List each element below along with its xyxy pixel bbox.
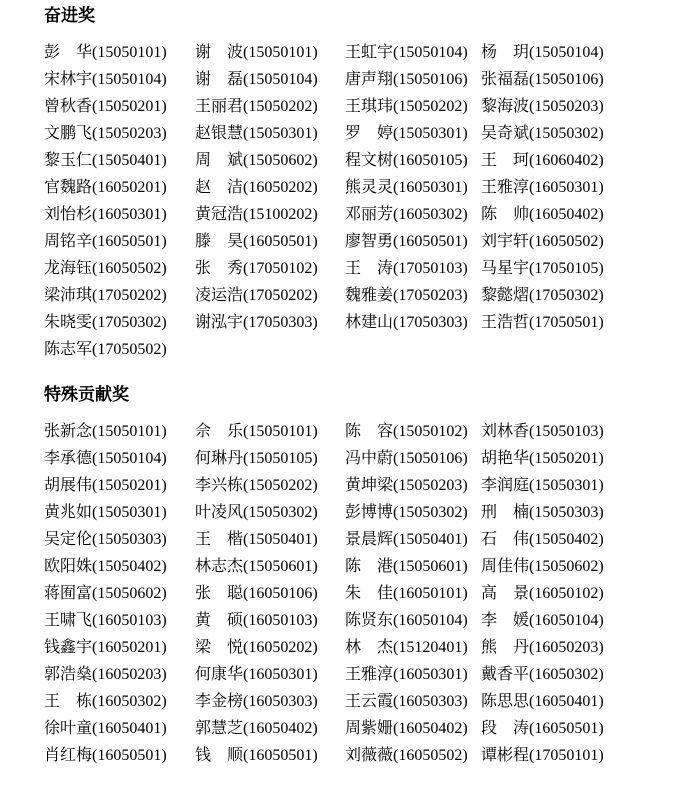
award-section-fenjin: 奋进奖 彭 华(15050101)谢 波(15050101)王虹宇(150501… — [44, 6, 685, 363]
award-entry: 戴香平(16050302) — [481, 661, 604, 688]
award-entry: 王 楷(15050401) — [195, 526, 345, 553]
award-row: 钱鑫宇(16050201)梁 悦(16050202)林 杰(15120401)熊… — [44, 634, 685, 661]
award-entry: 冯中蔚(15050106) — [345, 445, 481, 472]
award-entry: 王啸飞(16050103) — [44, 607, 195, 634]
award-row: 郭浩燊(16050203)何康华(16050301)王雅淳(16050301)戴… — [44, 661, 685, 688]
award-entry: 罗 婷(15050301) — [345, 120, 481, 147]
award-entry: 黄冠浩(15100202) — [195, 201, 345, 228]
award-entry: 朱晓雯(17050302) — [44, 309, 195, 336]
award-entry: 杨 玥(15050104) — [481, 39, 604, 66]
award-entry: 石 伟(15050402) — [481, 526, 604, 553]
award-entry: 林 杰(15120401) — [345, 634, 481, 661]
award-entry: 魏雅姜(17050203) — [345, 282, 481, 309]
award-entry: 熊 丹(16050203) — [481, 634, 604, 661]
award-entry: 郭慧芝(16050402) — [195, 715, 345, 742]
award-entry: 张新念(15050101) — [44, 418, 195, 445]
award-entry: 蒋囿富(15050602) — [44, 580, 195, 607]
award-entry: 曾秋香(15050201) — [44, 93, 195, 120]
award-entry: 黄坤梁(15050203) — [345, 472, 481, 499]
award-row: 李承德(15050104)何琳丹(15050105)冯中蔚(15050106)胡… — [44, 445, 685, 472]
award-list: 张新念(15050101)佘 乐(15050101)陈 容(15050102)刘… — [44, 418, 685, 769]
award-entry: 王 栋(16050302) — [44, 688, 195, 715]
award-entry: 景晨辉(15050401) — [345, 526, 481, 553]
award-entry: 欧阳姝(15050402) — [44, 553, 195, 580]
award-entry: 谭彬程(17050101) — [481, 742, 604, 769]
award-entry: 王丽君(15050202) — [195, 93, 345, 120]
award-row: 肖红梅(16050501)钱 顺(16050501)刘薇薇(16050502)谭… — [44, 742, 685, 769]
award-entry: 段 涛(16050501) — [481, 715, 604, 742]
award-entry: 王云霞(16050303) — [345, 688, 481, 715]
award-entry: 谢 磊(15050104) — [195, 66, 345, 93]
award-row: 陈志军(17050502) — [44, 336, 685, 363]
award-section-teshugongxian: 特殊贡献奖 张新念(15050101)佘 乐(15050101)陈 容(1505… — [44, 385, 685, 769]
award-entry: 胡艳华(15050201) — [481, 445, 604, 472]
award-entry: 赵 洁(16050202) — [195, 174, 345, 201]
award-entry: 马星宇(17050105) — [481, 255, 604, 282]
award-entry: 吴奇斌(15050302) — [481, 120, 604, 147]
award-entry: 王琪玮(15050202) — [345, 93, 481, 120]
award-entry: 王虹宇(15050104) — [345, 39, 481, 66]
award-entry: 吴定伦(15050303) — [44, 526, 195, 553]
award-entry: 谢 波(15050101) — [195, 39, 345, 66]
award-entry: 廖智勇(16050501) — [345, 228, 481, 255]
award-entry: 黎海波(15050203) — [481, 93, 604, 120]
award-entry: 周铭辛(16050501) — [44, 228, 195, 255]
award-entry: 黎懿熠(17050302) — [481, 282, 604, 309]
award-row: 刘怡杉(16050301)黄冠浩(15100202)邓丽芳(16050302)陈… — [44, 201, 685, 228]
award-row: 彭 华(15050101)谢 波(15050101)王虹宇(15050104)杨… — [44, 39, 685, 66]
award-entry: 叶凌风(15050302) — [195, 499, 345, 526]
award-entry: 王雅淳(16050301) — [481, 174, 604, 201]
award-entry: 李 媛(16050104) — [481, 607, 604, 634]
award-entry: 邓丽芳(16050302) — [345, 201, 481, 228]
award-entry: 何琳丹(15050105) — [195, 445, 345, 472]
award-entry: 高 景(16050102) — [481, 580, 604, 607]
award-row: 王 栋(16050302)李金榜(16050303)王云霞(16050303)陈… — [44, 688, 685, 715]
award-entry: 肖红梅(16050501) — [44, 742, 195, 769]
award-entry: 林志杰(15050601) — [195, 553, 345, 580]
award-row: 文鹏飞(15050203)赵银慧(15050301)罗 婷(15050301)吴… — [44, 120, 685, 147]
award-row: 胡展伟(15050201)李兴栋(15050202)黄坤梁(15050203)李… — [44, 472, 685, 499]
award-entry: 宋林宇(15050104) — [44, 66, 195, 93]
award-entry: 周紫姗(16050402) — [345, 715, 481, 742]
award-entry: 佘 乐(15050101) — [195, 418, 345, 445]
award-entry: 彭 华(15050101) — [44, 39, 195, 66]
award-entry: 文鹏飞(15050203) — [44, 120, 195, 147]
award-entry: 刘怡杉(16050301) — [44, 201, 195, 228]
award-entry: 刑 楠(15050303) — [481, 499, 604, 526]
award-row: 徐叶童(16050401)郭慧芝(16050402)周紫姗(16050402)段… — [44, 715, 685, 742]
award-row: 王啸飞(16050103)黄 硕(16050103)陈贤东(16050104)李… — [44, 607, 685, 634]
award-entry: 周 斌(15050602) — [195, 147, 345, 174]
award-list: 彭 华(15050101)谢 波(15050101)王虹宇(15050104)杨… — [44, 39, 685, 363]
award-row: 朱晓雯(17050302)谢泓宇(17050303)林建山(17050303)王… — [44, 309, 685, 336]
document-page: 奋进奖 彭 华(15050101)谢 波(15050101)王虹宇(150501… — [0, 0, 695, 795]
award-entry: 张 秀(17050102) — [195, 255, 345, 282]
award-entry: 陈 帅(16050402) — [481, 201, 604, 228]
award-entry: 王 涛(17050103) — [345, 255, 481, 282]
award-row: 梁沛琪(17050202)凌运浩(17050202)魏雅姜(17050203)黎… — [44, 282, 685, 309]
award-entry: 陈贤东(16050104) — [345, 607, 481, 634]
award-entry: 周佳伟(15050602) — [481, 553, 604, 580]
award-entry: 何康华(16050301) — [195, 661, 345, 688]
award-entry: 黄 硕(16050103) — [195, 607, 345, 634]
award-entry: 王 珂(16060402) — [481, 147, 604, 174]
award-row: 蒋囿富(15050602)张 聪(16050106)朱 佳(16050101)高… — [44, 580, 685, 607]
award-row: 吴定伦(15050303)王 楷(15050401)景晨辉(15050401)石… — [44, 526, 685, 553]
award-row: 欧阳姝(15050402)林志杰(15050601)陈 港(15050601)周… — [44, 553, 685, 580]
award-entry: 李承德(15050104) — [44, 445, 195, 472]
award-entry: 钱 顺(16050501) — [195, 742, 345, 769]
award-entry: 滕 昊(16050501) — [195, 228, 345, 255]
award-entry: 李金榜(16050303) — [195, 688, 345, 715]
award-entry: 程文树(16050105) — [345, 147, 481, 174]
section-title: 特殊贡献奖 — [44, 385, 685, 405]
award-entry: 李润庭(15050301) — [481, 472, 604, 499]
award-row: 黎玉仁(15050401)周 斌(15050602)程文树(16050105)王… — [44, 147, 685, 174]
award-entry: 郭浩燊(16050203) — [44, 661, 195, 688]
award-entry: 凌运浩(17050202) — [195, 282, 345, 309]
award-entry: 张 聪(16050106) — [195, 580, 345, 607]
award-row: 龙海钰(16050502)张 秀(17050102)王 涛(17050103)马… — [44, 255, 685, 282]
award-entry: 张福磊(15050106) — [481, 66, 604, 93]
award-entry: 林建山(17050303) — [345, 309, 481, 336]
award-row: 周铭辛(16050501)滕 昊(16050501)廖智勇(16050501)刘… — [44, 228, 685, 255]
award-entry: 谢泓宇(17050303) — [195, 309, 345, 336]
award-entry: 陈 容(15050102) — [345, 418, 481, 445]
award-entry: 刘林香(15050103) — [481, 418, 604, 445]
section-title: 奋进奖 — [44, 6, 685, 26]
award-entry: 龙海钰(16050502) — [44, 255, 195, 282]
award-entry: 熊灵灵(16050301) — [345, 174, 481, 201]
award-entry: 刘薇薇(16050502) — [345, 742, 481, 769]
award-entry: 刘宇轩(16050502) — [481, 228, 604, 255]
award-entry: 唐声翔(15050106) — [345, 66, 481, 93]
award-entry: 陈 港(15050601) — [345, 553, 481, 580]
award-entry: 李兴栋(15050202) — [195, 472, 345, 499]
award-entry: 朱 佳(16050101) — [345, 580, 481, 607]
award-row: 张新念(15050101)佘 乐(15050101)陈 容(15050102)刘… — [44, 418, 685, 445]
award-row: 官魏路(16050201)赵 洁(16050202)熊灵灵(16050301)王… — [44, 174, 685, 201]
award-row: 宋林宇(15050104)谢 磊(15050104)唐声翔(15050106)张… — [44, 66, 685, 93]
award-entry: 黄兆如(15050301) — [44, 499, 195, 526]
award-entry: 官魏路(16050201) — [44, 174, 195, 201]
award-entry: 梁沛琪(17050202) — [44, 282, 195, 309]
award-entry: 黎玉仁(15050401) — [44, 147, 195, 174]
award-entry: 钱鑫宇(16050201) — [44, 634, 195, 661]
award-entry: 王雅淳(16050301) — [345, 661, 481, 688]
award-row: 黄兆如(15050301)叶凌风(15050302)彭博博(15050302)刑… — [44, 499, 685, 526]
award-entry: 赵银慧(15050301) — [195, 120, 345, 147]
award-entry: 陈思思(16050401) — [481, 688, 604, 715]
award-entry: 王浩哲(17050501) — [481, 309, 604, 336]
award-entry: 彭博博(15050302) — [345, 499, 481, 526]
award-entry: 胡展伟(15050201) — [44, 472, 195, 499]
award-entry: 徐叶童(16050401) — [44, 715, 195, 742]
award-entry: 陈志军(17050502) — [44, 336, 195, 363]
award-entry: 梁 悦(16050202) — [195, 634, 345, 661]
award-row: 曾秋香(15050201)王丽君(15050202)王琪玮(15050202)黎… — [44, 93, 685, 120]
